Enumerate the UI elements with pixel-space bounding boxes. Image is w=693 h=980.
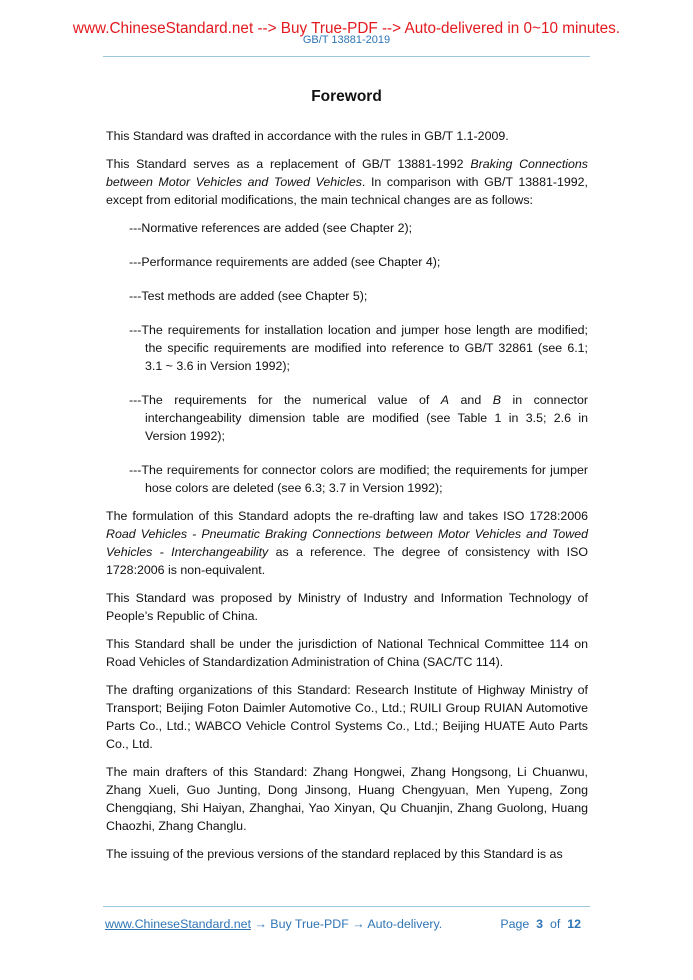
text: and (449, 393, 493, 407)
page-label: Page (500, 917, 529, 931)
paragraph-replacement: This Standard serves as a replacement of… (106, 155, 588, 209)
document-body: This Standard was drafted in accordance … (106, 127, 588, 873)
text: ---The requirements for the numerical va… (129, 393, 441, 407)
page-indicator: Page 3 of 12 (500, 917, 581, 931)
standard-code: GB/T 13881-2019 (0, 34, 693, 46)
change-item: ---The requirements for connector colors… (129, 461, 588, 497)
change-item: ---The requirements for the numerical va… (129, 391, 588, 445)
paragraph-main-drafters: The main drafters of this Standard: Zhan… (106, 763, 588, 835)
header-divider (103, 56, 590, 57)
footer-site-link[interactable]: www.ChineseStandard.net (105, 917, 251, 931)
text: The formulation of this Standard adopts … (106, 509, 588, 523)
paragraph-previous-versions: The issuing of the previous versions of … (106, 845, 588, 863)
paragraph-drafting-organizations: The drafting organizations of this Stand… (106, 681, 588, 753)
page-total: 12 (567, 917, 581, 931)
variable-b: B (493, 393, 501, 407)
page-current: 3 (536, 917, 543, 931)
paragraph-jurisdiction: This Standard shall be under the jurisdi… (106, 635, 588, 671)
change-item: ---Test methods are added (see Chapter 5… (129, 287, 588, 305)
text: This Standard serves as a replacement of… (106, 157, 470, 171)
page-of: of (550, 917, 560, 931)
change-item: ---Normative references are added (see C… (129, 219, 588, 237)
change-item: ---Performance requirements are added (s… (129, 253, 588, 271)
page-footer: www.ChineseStandard.net → Buy True-PDF →… (105, 917, 585, 931)
paragraph-drafting-rules: This Standard was drafted in accordance … (106, 127, 588, 145)
paragraph-formulation: The formulation of this Standard adopts … (106, 507, 588, 579)
change-item: ---The requirements for installation loc… (129, 321, 588, 375)
footer-tagline: → Buy True-PDF → Auto-delivery. (251, 917, 442, 931)
paragraph-proposed-by: This Standard was proposed by Ministry o… (106, 589, 588, 625)
footer-divider (103, 906, 590, 907)
page-title: Foreword (0, 88, 693, 106)
variable-a: A (441, 393, 449, 407)
